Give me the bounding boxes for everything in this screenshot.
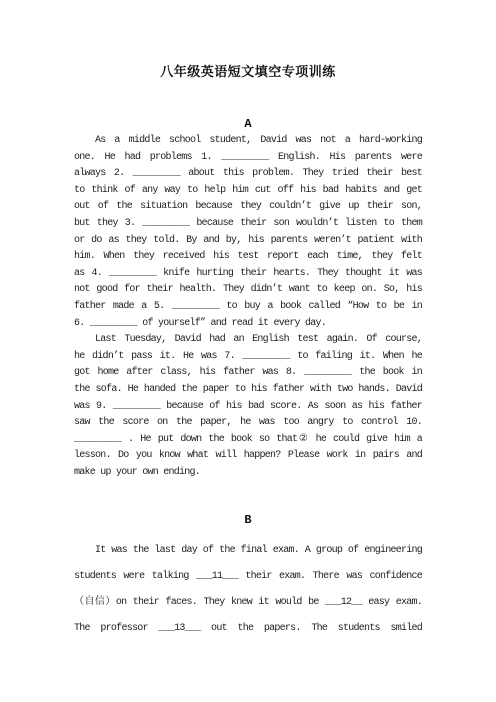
text-line: out of the situation because they couldn… xyxy=(74,199,422,216)
section-a-paragraph-1: As a middle school student, David was no… xyxy=(74,133,422,332)
section-a-heading: A xyxy=(74,117,422,131)
text-line: （自信）on their faces. They knew it would b… xyxy=(74,590,422,616)
text-line: he didn’t pass it. He was 7. _________ t… xyxy=(74,349,422,366)
text-line: make up your own ending. xyxy=(74,465,422,482)
text-line: saw the score on the paper, he was too a… xyxy=(74,415,422,432)
text-line: father made a 5. _________ to buy a book… xyxy=(74,299,422,316)
document-body: A As a middle school student, David was … xyxy=(74,117,422,642)
text-line: As a middle school student, David was no… xyxy=(74,133,422,150)
text-line: but they 3. _________ because their son … xyxy=(74,216,422,233)
section-b-paragraph-1: It was the last day of the final exam. A… xyxy=(74,538,422,642)
text-line: as 4. _________ knife hurting their hear… xyxy=(74,266,422,283)
text-line: lesson. Do you know what will happen? Pl… xyxy=(74,448,422,465)
document-page: 八年级英语短文填空专项训练 A As a middle school stude… xyxy=(0,0,496,702)
section-a-paragraph-2: Last Tuesday, David had an English test … xyxy=(74,332,422,481)
text-line: always 2. _________ about this problem. … xyxy=(74,166,422,183)
text-line: to think of any way to help him cut off … xyxy=(74,183,422,200)
text-line: The professor ___13___ out the papers. T… xyxy=(74,616,422,642)
text-line: not good for their health. They didn’t w… xyxy=(74,282,422,299)
text-line: one. He had problems 1. _________ Englis… xyxy=(74,150,422,167)
text-line: was 9. _________ because of his bad scor… xyxy=(74,399,422,416)
text-line: 6. _________ of yourself” and read it ev… xyxy=(74,316,422,333)
text-line: him. When they received his test report … xyxy=(74,249,422,266)
text-line: the sofa. He handed the paper to his fat… xyxy=(74,382,422,399)
text-line: Last Tuesday, David had an English test … xyxy=(74,332,422,349)
text-line: _________ . He put down the book so that… xyxy=(74,432,422,449)
document-title: 八年级英语短文填空专项训练 xyxy=(0,0,496,80)
text-line: or do as they told. By and by, his paren… xyxy=(74,233,422,250)
text-line: got home after class, his father was 8. … xyxy=(74,365,422,382)
text-line: It was the last day of the final exam. A… xyxy=(74,538,422,564)
text-line: students were talking ___11___ their exa… xyxy=(74,564,422,590)
section-b-heading: B xyxy=(74,513,422,527)
